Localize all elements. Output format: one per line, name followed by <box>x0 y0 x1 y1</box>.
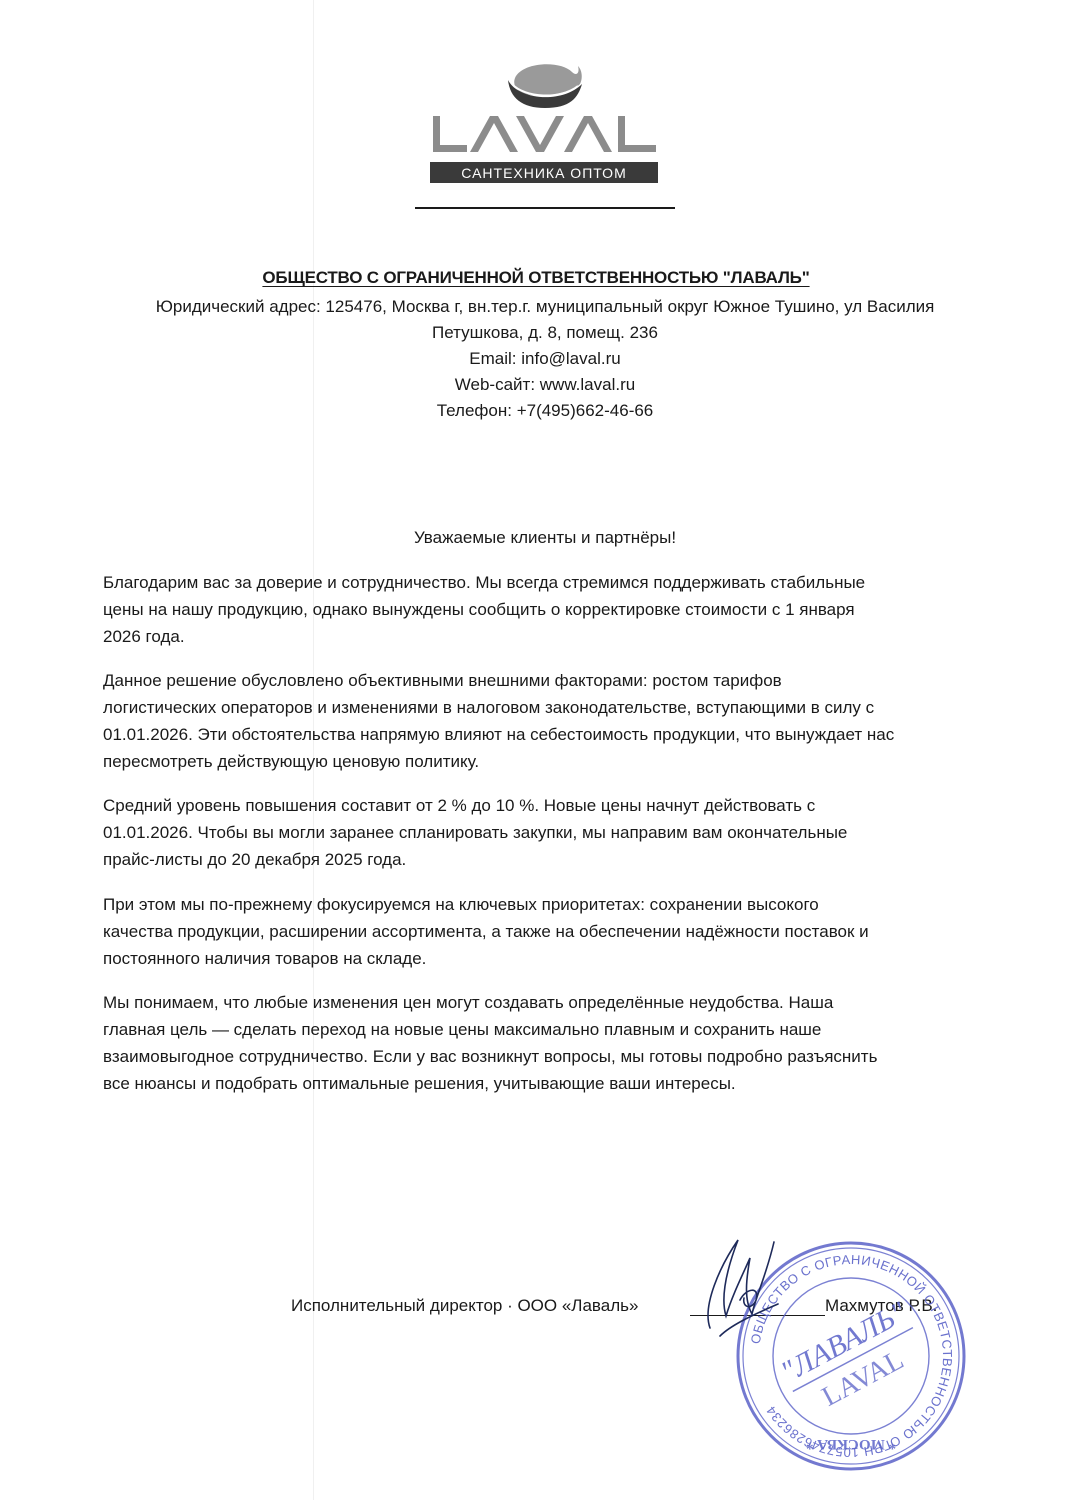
paragraph-line: цены на нашу продукцию, однако вынуждены… <box>103 596 963 623</box>
letter-page: САНТЕХНИКА ОПТОМ ОБЩЕСТВО С ОГРАНИЧЕННОЙ… <box>0 0 1072 1500</box>
header-divider <box>415 207 675 209</box>
paragraph-line: 2026 года. <box>103 623 963 650</box>
address-line-2: Петушкова, д. 8, помещ. 236 <box>0 320 1072 346</box>
stamp-city: * МОСКВА * <box>806 1436 896 1452</box>
paragraph-line: Благодарим вас за доверие и сотрудничест… <box>103 569 963 596</box>
paragraph-line: Данное решение обусловлено объективными … <box>103 667 963 694</box>
paragraph-line: постоянного наличия товаров на складе. <box>103 945 963 972</box>
tagline-text: САНТЕХНИКА ОПТОМ <box>461 165 626 181</box>
paragraph-line: При этом мы по-прежнему фокусируемся на … <box>103 891 963 918</box>
paragraph-line: взаимовыгодное сотрудничество. Если у ва… <box>103 1043 963 1070</box>
paragraph-2: Данное решение обусловлено объективными … <box>103 667 963 775</box>
paragraph-line: Средний уровень повышения составит от 2 … <box>103 792 963 819</box>
paragraph-line: 01.01.2026. Чтобы вы могли заранее сплан… <box>103 819 963 846</box>
email-line: Email: info@laval.ru <box>0 346 1072 372</box>
paragraph-3: Средний уровень повышения составит от 2 … <box>103 792 963 873</box>
paragraph-line: логистических операторов и изменениями в… <box>103 694 963 721</box>
laval-wordmark <box>433 116 656 152</box>
paragraph-line: главная цель — сделать переход на новые … <box>103 1016 963 1043</box>
handwritten-signature <box>680 1236 780 1346</box>
paragraph-4: При этом мы по-прежнему фокусируемся на … <box>103 891 963 972</box>
paragraph-line: 01.01.2026. Эти обстоятельства напрямую … <box>103 721 963 748</box>
paragraph-line: пересмотреть действующую ценовую политик… <box>103 748 963 775</box>
address-line-1: Юридический адрес: 125476, Москва г, вн.… <box>0 294 1072 320</box>
company-name: ОБЩЕСТВО С ОГРАНИЧЕННОЙ ОТВЕТСТВЕННОСТЬЮ… <box>0 268 1072 288</box>
paragraph-line: все нюансы и подобрать оптимальные решен… <box>103 1070 963 1097</box>
paragraph-line: качества продукции, расширении ассортиме… <box>103 918 963 945</box>
paragraph-line: Мы понимаем, что любые изменения цен мог… <box>103 989 963 1016</box>
laval-logo: САНТЕХНИКА ОПТОМ <box>430 62 660 188</box>
whale-bowl-icon <box>508 64 582 108</box>
phone-line: Телефон: +7(495)662-46-66 <box>0 398 1072 424</box>
paragraph-5: Мы понимаем, что любые изменения цен мог… <box>103 989 963 1097</box>
paragraph-line: прайс-листы до 20 декабря 2025 года. <box>103 846 963 873</box>
website-line: Web-сайт: www.laval.ru <box>0 372 1072 398</box>
greeting: Уважаемые клиенты и партнёры! <box>0 528 1072 548</box>
paragraph-1: Благодарим вас за доверие и сотрудничест… <box>103 569 963 650</box>
signatory-position: Исполнительный директор · ООО «Лаваль» <box>291 1296 638 1316</box>
